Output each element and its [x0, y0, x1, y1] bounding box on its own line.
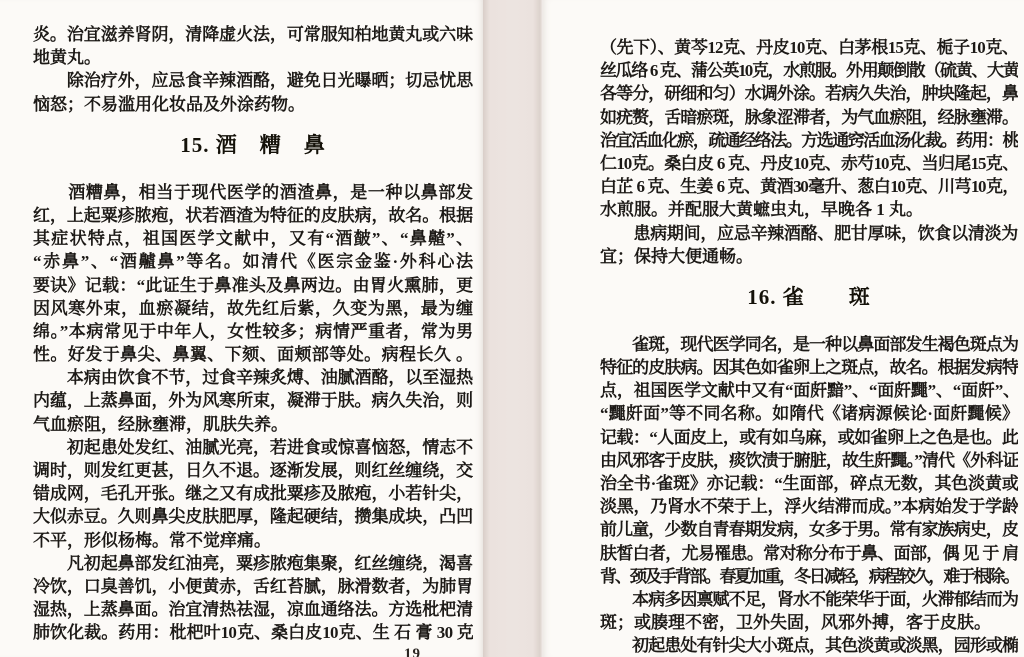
text-line: 各等分，研细和匀）水调外涂。若病久失治，肿块隆起，鼻 — [600, 82, 1018, 105]
text-line: 本病由饮食不节，过食辛辣炙煿、油腻酒酪，以至湿热 — [33, 366, 473, 389]
text-line: 丝瓜络 6 克、蒲公英10克，水煎服。外用颠倒散（硫黄、大黄 — [600, 59, 1018, 82]
text-line: （先下）、黄芩12克、丹皮10克、白茅根15克、栀子10克、 — [600, 36, 1018, 59]
text-line: 错成网，毛孔开张。继之又有成批粟疹及脓疱，小若针尖， — [33, 482, 473, 505]
text-line: “䵴皯面”等不同名称。如隋代《诸病源候论·面皯䵴候》 — [600, 402, 1018, 425]
text-line: 要诀》记载：“此证生于鼻准头及鼻两边。由胃火熏肺，更 — [33, 274, 473, 297]
text-line: 绵。”本病常见于中年人，女性较多；病情严重者，常为男 — [33, 320, 473, 343]
text-line: 湿热，上蒸鼻面。治宜清热祛湿，凉血通络法。方选枇杷清 — [33, 598, 473, 621]
text-line: 除治疗外，应忌食辛辣酒酪，避免日光曝晒；切忌忧思 — [33, 69, 473, 92]
text-line: 仁10克。桑白皮 6 克、丹皮10克、赤芍10克、当归尾15克、 — [600, 152, 1018, 175]
text-line: 肺饮化裁。药用：枇杷叶10克、桑白皮10克、生 石 膏 30 克 — [33, 621, 473, 644]
text-line: 肤皙白者，尤易罹患。常对称分布于鼻、面部，偶 见 于 肩 — [600, 542, 1018, 565]
text-line: 本病多因禀赋不足，肾水不能荣华于面，火滞郁结而为 — [600, 588, 1018, 611]
page-gutter — [483, 0, 543, 657]
text-line: 白芷 6 克、生姜 6 克、黄酒30毫升、葱白10克、川芎10克， — [600, 175, 1018, 198]
text-line: 调时，则发红更甚，日久不退。逐渐发展，则红丝缠绕，交 — [33, 459, 473, 482]
text-line: 炎。治宜滋养肾阴，清降虚火法，可常服知柏地黄丸或六味 — [33, 23, 473, 46]
text-line: 红，上起粟疹脓疱，状若酒渣为特征的皮肤病，故名。根据 — [33, 204, 473, 227]
text-line: 雀斑，现代医学同名，是一种以鼻面部发生褐色斑点为 — [600, 333, 1018, 356]
text-line: 初起患处有针尖大小斑点，其色淡黄或淡黑，园形或椭 — [600, 634, 1018, 657]
text-line: 冷饮，口臭善饥，小便黄赤，舌红苔腻，脉滑数者，为肺胃 — [33, 575, 473, 598]
text-line: 治宜活血化瘀，疏通经络法。方选通窍活血汤化裁。药用：桃 — [600, 129, 1018, 152]
text-line: 初起患处发红、油腻光亮，若进食或惊喜恼怒，情志不 — [33, 436, 473, 459]
text-line: 背、颈及手背部。春夏加重，冬日减轻，病程较久，难于根除。 — [600, 565, 1018, 588]
text-line: 恼怒；不易滥用化妆品及外涂药物。 — [33, 93, 473, 116]
text-line: 气血瘀阻，经脉壅滞，肌肤失养。 — [33, 413, 473, 436]
text-line: 前儿童，少数自青春期发病，女多于男。常有家族病史，皮 — [600, 518, 1018, 541]
section-heading: 15. 酒 糟 鼻 — [33, 131, 473, 160]
text-line: 治全书·雀斑》亦记载：“生面部，碎点无数，其色淡黄或 — [600, 472, 1018, 495]
text-line: 酒糟鼻，相当于现代医学的酒渣鼻，是一种以鼻部发 — [33, 181, 473, 204]
text-line: 点，祖国医学文献中又有“面皯黯”、“面皯䵴”、“面皯”、 — [600, 379, 1018, 402]
text-line: 不平，形似杨梅。常不觉痒痛。 — [33, 529, 473, 552]
text-line: 斑；或腠理不密，卫外失固，风邪外搏，客于皮肤。 — [600, 611, 1018, 634]
text-line: 内蕴，上蒸鼻面，外为风寒所束，凝滞于肤。病久失治，则 — [33, 389, 473, 412]
page-number: 19 — [404, 646, 421, 657]
text-line: 如疣赘，舌暗瘀斑，脉象涩滞者，为气血瘀阻，经脉壅滞。 — [600, 106, 1018, 129]
text-line: 宜；保持大便通畅。 — [600, 245, 1018, 268]
section-heading: 16. 雀 斑 — [600, 283, 1018, 312]
text-line: 患病期间，应忌辛辣酒酪、肥甘厚味，饮食以清淡为 — [600, 222, 1018, 245]
text-line: 记载：“人面皮上，或有如乌麻，或如雀卵上之色是也。此 — [600, 426, 1018, 449]
text-line: 地黄丸。 — [33, 46, 473, 69]
text-line: 由风邪客于皮肤，痰饮渍于腑脏，故生皯䵴。”清代《外科证 — [600, 449, 1018, 472]
text-line: 淡黑，乃肾水不荣于上，浮火结滞而成。”本病始发于学龄 — [600, 495, 1018, 518]
left-page: 炎。治宜滋养肾阴，清降虚火法，可常服知柏地黄丸或六味地黄丸。 除治疗外，应忌食辛… — [0, 0, 483, 657]
right-page-text: （先下）、黄芩12克、丹皮10克、白茅根15克、栀子10克、丝瓜络 6 克、蒲公… — [543, 0, 1018, 657]
text-line: 特征的皮肤病。因其色如雀卵上之斑点，故名。根据发病特 — [600, 356, 1018, 379]
left-page-text: 炎。治宜滋养肾阴，清降虚火法，可常服知柏地黄丸或六味地黄丸。 除治疗外，应忌食辛… — [0, 0, 473, 645]
text-line: 凡初起鼻部发红油亮，粟疹脓疱集聚，红丝缠绕，渴喜 — [33, 552, 473, 575]
text-line: 性。好发于鼻尖、鼻翼、下颏、面颊部等处。病程长久 。 — [33, 343, 473, 366]
text-line: 因风寒外束，血瘀凝结，故先红后紫，久变为黑，最为缠 — [33, 297, 473, 320]
text-line: 水煎服。并配服大黄蟅虫丸，早晚各 1 丸。 — [600, 198, 1018, 221]
text-line: 大似赤豆。久则鼻尖皮肤肥厚，隆起硬结，攒集成块，凸凹 — [33, 505, 473, 528]
text-line: “赤鼻”、“酒齇鼻”等名。如清代《医宗金鉴·外科心法 — [33, 250, 473, 273]
right-page: （先下）、黄芩12克、丹皮10克、白茅根15克、栀子10克、丝瓜络 6 克、蒲公… — [543, 0, 1024, 657]
book-spread: 炎。治宜滋养肾阴，清降虚火法，可常服知柏地黄丸或六味地黄丸。 除治疗外，应忌食辛… — [0, 0, 1024, 657]
text-line: 其症状特点，祖国医学文献中，又有“酒皶”、“鼻齄”、 — [33, 227, 473, 250]
